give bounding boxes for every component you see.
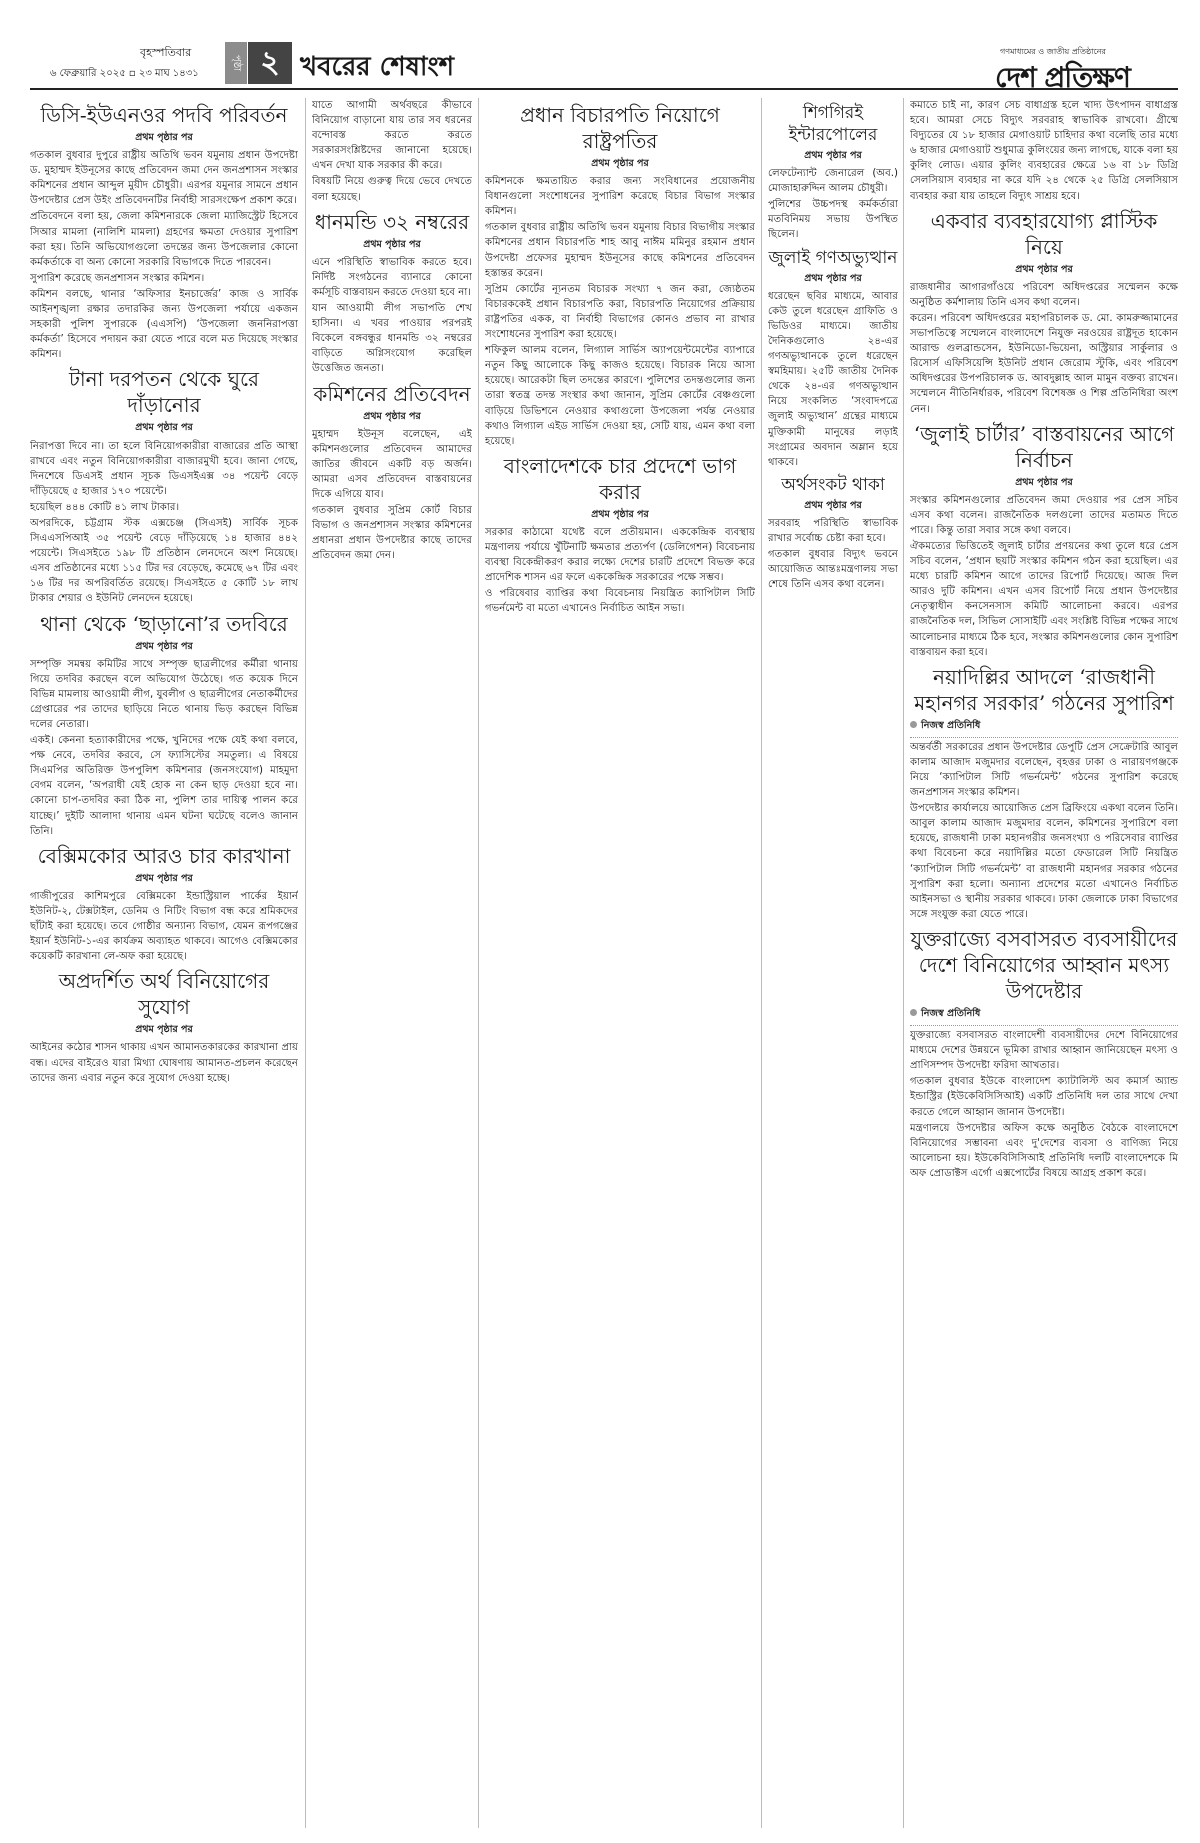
masthead: বৃহস্পতিবার ৬ ফেব্রুয়ারি ২০২৫ ▫ ২৩ মাঘ … (30, 40, 1178, 86)
article-paragraph: বিষয়টি নিয়ে গুরুত্ব দিয়ে ভেবে দেখতে ব… (312, 174, 472, 204)
article-paragraph: অপরদিকে, চট্টগ্রাম স্টক এক্সচেঞ্জ (সিএসই… (30, 516, 298, 607)
article-paragraph: করেন। পরিবেশ অধিদপ্তরের মহাপরিচালক ড. মো… (910, 311, 1178, 417)
headline[interactable]: বাংলাদেশকে চার প্রদেশে ভাগ করার (485, 453, 755, 505)
article-dhanmondi-32: ধানমন্ডি ৩২ নম্বরের প্রথম পৃষ্ঠার পর এনে… (312, 209, 472, 377)
article-paragraph: আইনের কঠোর শাসন থাকায় এখন আমানতকারকের ক… (30, 1040, 298, 1085)
continued-label: প্রথম পৃষ্ঠার পর (768, 148, 898, 163)
column-1: ডিসি-ইউএনওর পদবি পরিবর্তন প্রথম পৃষ্ঠার … (30, 98, 298, 1828)
masthead-date: ৬ ফেব্রুয়ারি ২০২৫ ▫ ২৩ মাঘ ১৪৩১ (50, 66, 199, 83)
headline[interactable]: থানা থেকে ‘ছাড়ানো’র তদবিরে (30, 611, 298, 637)
continued-label: প্রথম পৃষ্ঠার পর (30, 871, 298, 886)
article-paragraph: ও পরিষেবার ব্যাপ্তির কথা বিবেচনায় নিয়ন… (485, 586, 755, 616)
headline[interactable]: প্রধান বিচারপতি নিয়োগে রাষ্ট্রপতির (485, 102, 755, 154)
article-paragraph: লেফটেন্যান্ট জেনারেল (অব.) মোজাহারুদ্দিন… (768, 166, 898, 196)
page-tag: পৃষ্ঠা (225, 42, 247, 84)
page-number: ২ (248, 42, 292, 84)
article-paragraph: গতকাল বুধবার ইউকে বাংলাদেশ ক্যাটালিস্ট অ… (910, 1074, 1178, 1119)
byline-text: নিজস্ব প্রতিনিধি (921, 1008, 980, 1019)
headline[interactable]: বেক্সিমকোর আরও চার কারখানা (30, 843, 298, 869)
continued-label: প্রথম পৃষ্ঠার পর (30, 639, 298, 654)
article-paragraph: সুপারিশ করেছে জনপ্রশাসন সংস্কার কমিশন। (30, 271, 298, 286)
article-dc-uno: ডিসি-ইউএনওর পদবি পরিবর্তন প্রথম পৃষ্ঠার … (30, 102, 298, 362)
bullet-icon (910, 1009, 917, 1016)
continued-label: প্রথম পৃষ্ঠার পর (30, 420, 298, 435)
article-chief-justice: প্রধান বিচারপতি নিয়োগে রাষ্ট্রপতির প্রথ… (485, 102, 755, 449)
article-capital-city-govt: নয়াদিল্লির আদলে ‘রাজধানী মহানগর সরকার’ … (910, 664, 1178, 922)
article-paragraph: মুহাম্মদ ইউনূস বলেছেন, এই কমিশনগুলোর প্র… (312, 427, 472, 502)
masthead-divider (30, 88, 1178, 90)
article-paragraph: অন্তর্বর্তী সরকারের প্রধান উপদেষ্টার ডেপ… (910, 740, 1178, 800)
article-commission-report: কমিশনের প্রতিবেদন প্রথম পৃষ্ঠার পর মুহাম… (312, 381, 472, 564)
headline[interactable]: নয়াদিল্লির আদলে ‘রাজধানী মহানগর সরকার’ … (910, 664, 1178, 716)
article-paragraph: মন্ত্রণালয়ে উপদেষ্টার অফিস কক্ষে অনুষ্ঠ… (910, 1121, 1178, 1181)
article-paragraph: কমাতে চাই না, কারণ সেচ বাধাগ্রস্ত হলে খা… (910, 98, 1178, 204)
headline[interactable]: কমিশনের প্রতিবেদন (312, 381, 472, 407)
headline[interactable]: যুক্তরাজ্যে বসবাসরত ব্যবসায়ীদের দেশে বি… (910, 926, 1178, 1004)
article-paragraph: শফিকুল আলম বলেন, লিগ্যাল সার্ভিস অ্যাপয়… (485, 343, 755, 449)
byline-text: নিজস্ব প্রতিনিধি (921, 720, 980, 731)
article-power-supply: কমাতে চাই না, কারণ সেচ বাধাগ্রস্ত হলে খা… (910, 98, 1178, 204)
article-paragraph: ধরেছেন ছবির মাধ্যমে, আবার কেউ তুলে ধরেছে… (768, 289, 898, 470)
article-interpol: শিগগিরই ইন্টারপোলের প্রথম পৃষ্ঠার পর লেফ… (768, 102, 898, 243)
article-uk-investors: যুক্তরাজ্যে বসবাসরত ব্যবসায়ীদের দেশে বি… (910, 926, 1178, 1181)
continued-label: প্রথম পৃষ্ঠার পর (30, 1022, 298, 1037)
article-paragraph: কমিশন বলছে, থানার ‘অফিসার ইনচার্জের’ কাজ… (30, 287, 298, 362)
newspaper-logo: দেশ প্রতিক্ষণ (995, 56, 1130, 103)
headline[interactable]: জুলাই গণঅভ্যুত্থান (768, 247, 898, 269)
article-paragraph: প্রতিবেদনে বলা হয়, জেলা কমিশনারকে জেলা … (30, 209, 298, 269)
article-undisclosed-investment: অপ্রদর্শিত অর্থ বিনিয়োগের সুযোগ প্রথম প… (30, 968, 298, 1085)
column-divider (761, 98, 762, 1828)
continued-label: প্রথম পৃষ্ঠার পর (768, 498, 898, 513)
article-thana-lobbying: থানা থেকে ‘ছাড়ানো’র তদবিরে প্রথম পৃষ্ঠা… (30, 611, 298, 839)
byline: নিজস্ব প্রতিনিধি (910, 1006, 1178, 1026)
article-paragraph: যাতে আগামী অর্থবছরে কীভাবে বিনিয়োগ বাড়… (312, 98, 472, 173)
article-paragraph: একই। কেননা হত্যাকারীদের পক্ষে, খুনিদের প… (30, 733, 298, 839)
article-paragraph: গতকাল বুধবার বিদ্যুৎ ভবনে আয়োজিত আন্তঃম… (768, 547, 898, 592)
article-paragraph: গাজীপুরের কাশিমপুরে বেক্সিমকো ইন্ডাস্ট্র… (30, 889, 298, 964)
article-paragraph: গতকাল বুধবার সুপ্রিম কোর্ট বিচার বিভাগ ও… (312, 503, 472, 563)
article-paragraph: যান আওয়ামী লীগ সভাপতি শেখ হাসিনা। এ খবর… (312, 301, 472, 376)
article-paragraph: রাজধানীর আগারগাঁওয়ে পরিবেশ অধিদপ্তরের স… (910, 280, 1178, 310)
column-divider (478, 98, 479, 1828)
article-paragraph: নিরাপত্তা দিবে না। তা হলে বিনিয়োগকারীরা… (30, 439, 298, 499)
article-paragraph: গতকাল বুধবার দুপুরে রাষ্ট্রীয় অতিথি ভবন… (30, 148, 298, 208)
article-paragraph: যুক্তরাজ্যে বসবাসরত বাংলাদেশী ব্যবসায়ীদ… (910, 1028, 1178, 1073)
article-paragraph: ঐকমত্যের ভিত্তিতেই জুলাই চার্টার প্রণয়ন… (910, 539, 1178, 660)
article-paragraph: এনে পরিস্থিতি স্বাভাবিক করতে হবে। নির্দি… (312, 255, 472, 300)
headline[interactable]: অপ্রদর্শিত অর্থ বিনিয়োগের সুযোগ (30, 968, 298, 1020)
continued-label: প্রথম পৃষ্ঠার পর (485, 507, 755, 522)
headline[interactable]: ডিসি-ইউএনওর পদবি পরিবর্তন (30, 102, 298, 128)
article-economic-crisis: অর্থসংকট থাকা প্রথম পৃষ্ঠার পর সরবরাহ পর… (768, 474, 898, 593)
headline[interactable]: ধানমন্ডি ৩২ নম্বরের (312, 209, 472, 235)
continued-label: প্রথম পৃষ্ঠার পর (910, 475, 1178, 490)
masthead-day: বৃহস্পতিবার (140, 44, 191, 63)
continued-label: প্রথম পৃষ্ঠার পর (312, 237, 472, 252)
continued-label: প্রথম পৃষ্ঠার পর (485, 156, 755, 171)
section-title: খবরের শেষাংশ (300, 46, 454, 90)
column-2: যাতে আগামী অর্থবছরে কীভাবে বিনিয়োগ বাড়… (312, 98, 472, 1828)
article-paragraph: কমিশনকে ক্ষমতায়িত করার জন্য সংবিধানের প… (485, 174, 755, 219)
continued-label: প্রথম পৃষ্ঠার পর (312, 409, 472, 424)
article-four-provinces: বাংলাদেশকে চার প্রদেশে ভাগ করার প্রথম পৃ… (485, 453, 755, 617)
column-5: কমাতে চাই না, কারণ সেচ বাধাগ্রস্ত হলে খা… (910, 98, 1178, 1828)
article-july-uprising: জুলাই গণঅভ্যুত্থান প্রথম পৃষ্ঠার পর ধরেছ… (768, 247, 898, 470)
bullet-icon (910, 721, 917, 728)
column-divider (305, 98, 306, 1828)
headline[interactable]: অর্থসংকট থাকা (768, 474, 898, 496)
newspaper-page: বৃহস্পতিবার ৬ ফেব্রুয়ারি ২০২৫ ▫ ২৩ মাঘ … (30, 40, 1178, 1830)
article-paragraph: হয়েছিল ৪৪৪ কোটি ৪১ লাখ টাকার। (30, 500, 298, 515)
headline[interactable]: একবার ব্যবহারযোগ্য প্লাস্টিক নিয়ে (910, 208, 1178, 260)
continued-label: প্রথম পৃষ্ঠার পর (768, 271, 898, 286)
article-reusable-plastic: একবার ব্যবহারযোগ্য প্লাস্টিক নিয়ে প্রথম… (910, 208, 1178, 417)
article-paragraph: সুপ্রিম কোর্টের ন্যূনতম বিচারক সংখ্যা ৭ … (485, 282, 755, 342)
article-beximco: বেক্সিমকোর আরও চার কারখানা প্রথম পৃষ্ঠার… (30, 843, 298, 965)
article-july-charter: ‘জুলাই চার্টার’ বাস্তবায়নের আগে নির্বাচ… (910, 421, 1178, 660)
continued-label: প্রথম পৃষ্ঠার পর (30, 130, 298, 145)
article-paragraph: সরবরাহ পরিস্থিতি স্বাভাবিক রাখার সর্বোচ্… (768, 516, 898, 546)
article-paragraph: গতকাল বুধবার রাষ্ট্রীয় অতিথি ভবন যমুনায… (485, 220, 755, 280)
column-divider (903, 98, 904, 1828)
article-paragraph: সম্পৃক্তি সমন্বয় কমিটির সাথে সম্পৃক্ত ছ… (30, 657, 298, 732)
continued-label: প্রথম পৃষ্ঠার পর (910, 262, 1178, 277)
column-3: প্রধান বিচারপতি নিয়োগে রাষ্ট্রপতির প্রথ… (485, 98, 755, 1828)
headline[interactable]: ‘জুলাই চার্টার’ বাস্তবায়নের আগে নির্বাচ… (910, 421, 1178, 473)
article-investment-continued: যাতে আগামী অর্থবছরে কীভাবে বিনিয়োগ বাড়… (312, 98, 472, 205)
article-paragraph: সরকার কাঠামো যথেষ্ট বলে প্রতীয়মান। এককে… (485, 525, 755, 585)
article-stock-market: টানা দরপতন থেকে ঘুরে দাঁড়ানোর প্রথম পৃষ… (30, 366, 298, 606)
article-paragraph: সংস্কার কমিশনগুলোর প্রতিবেদন জমা দেওয়ার… (910, 493, 1178, 538)
column-4: শিগগিরই ইন্টারপোলের প্রথম পৃষ্ঠার পর লেফ… (768, 98, 898, 1828)
article-paragraph: পুলিশের উচ্চপদস্থ কর্মকর্তারা মতবিনিময় … (768, 197, 898, 242)
headline[interactable]: টানা দরপতন থেকে ঘুরে দাঁড়ানোর (30, 366, 298, 418)
byline: নিজস্ব প্রতিনিধি (910, 718, 1178, 738)
headline[interactable]: শিগগিরই ইন্টারপোলের (768, 102, 898, 146)
article-paragraph: উপদেষ্টার কার্যালয়ে আয়োজিত প্রেস ব্রিফ… (910, 801, 1178, 922)
